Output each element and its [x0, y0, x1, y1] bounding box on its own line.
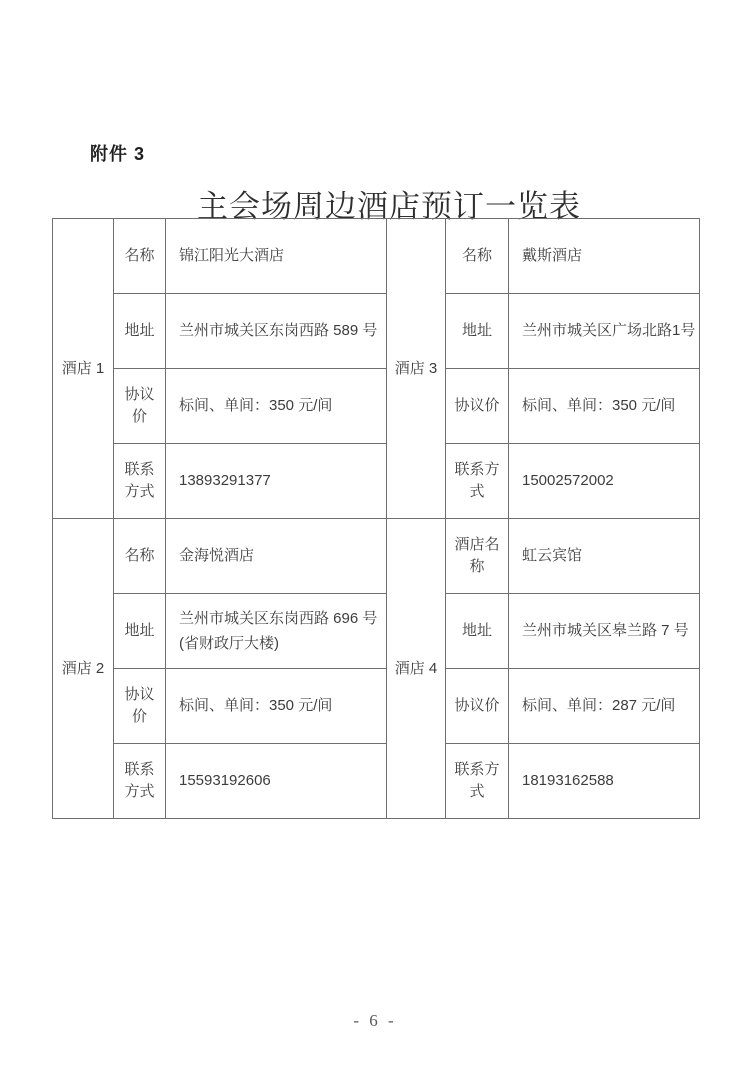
hotel-3-address-value: 兰州市城关区广场北路1号 — [509, 294, 700, 369]
table-row: 酒店 2 名称 金海悦酒店 酒店 4 酒店名称 虹云宾馆 — [53, 519, 700, 594]
hotel-1-id: 酒店 1 — [53, 219, 114, 519]
hotel-3-name-value: 戴斯酒店 — [509, 219, 700, 294]
hotel-2-price-value: 标间、单间：350 元/间 — [166, 669, 387, 744]
hotel-3-contact-value: 15002572002 — [509, 444, 700, 519]
attachment-label: 附件 3 — [90, 140, 145, 166]
hotel-2-contact-label: 联系方式 — [114, 744, 166, 819]
hotels-table: 酒店 1 名称 锦江阳光大酒店 酒店 3 名称 戴斯酒店 地址 兰州市城关区东岗… — [52, 218, 700, 819]
hotel-1-contact-value: 13893291377 — [166, 444, 387, 519]
table-row: 地址 兰州市城关区东岗西路 696 号(省财政厅大楼) 地址 兰州市城关区皋兰路… — [53, 594, 700, 669]
table-row: 协议价 标间、单间：350 元/间 协议价 标间、单间：287 元/间 — [53, 669, 700, 744]
hotel-4-address-label: 地址 — [446, 594, 509, 669]
hotel-4-name-label: 酒店名称 — [446, 519, 509, 594]
table-row: 联系方式 15593192606 联系方式 18193162588 — [53, 744, 700, 819]
hotel-2-address-value: 兰州市城关区东岗西路 696 号(省财政厅大楼) — [166, 594, 387, 669]
hotel-1-contact-label: 联系方式 — [114, 444, 166, 519]
hotel-1-address-value: 兰州市城关区东岗西路 589 号 — [166, 294, 387, 369]
hotel-2-name-value: 金海悦酒店 — [166, 519, 387, 594]
page-number: - 6 - — [0, 1011, 750, 1031]
hotel-1-address-label: 地址 — [114, 294, 166, 369]
hotel-1-name-value: 锦江阳光大酒店 — [166, 219, 387, 294]
hotel-3-name-label: 名称 — [446, 219, 509, 294]
hotel-4-contact-label: 联系方式 — [446, 744, 509, 819]
hotel-3-id: 酒店 3 — [387, 219, 446, 519]
hotel-3-price-label: 协议价 — [446, 369, 509, 444]
hotel-2-price-label: 协议价 — [114, 669, 166, 744]
hotel-3-price-value: 标间、单间：350 元/间 — [509, 369, 700, 444]
hotel-4-price-value: 标间、单间：287 元/间 — [509, 669, 700, 744]
hotel-2-id: 酒店 2 — [53, 519, 114, 819]
hotel-1-name-label: 名称 — [114, 219, 166, 294]
hotel-4-contact-value: 18193162588 — [509, 744, 700, 819]
hotel-4-address-value: 兰州市城关区皋兰路 7 号 — [509, 594, 700, 669]
hotel-4-id: 酒店 4 — [387, 519, 446, 819]
hotel-4-price-label: 协议价 — [446, 669, 509, 744]
table-row: 协议价 标间、单间：350 元/间 协议价 标间、单间：350 元/间 — [53, 369, 700, 444]
hotel-3-contact-label: 联系方式 — [446, 444, 509, 519]
table-row: 酒店 1 名称 锦江阳光大酒店 酒店 3 名称 戴斯酒店 — [53, 219, 700, 294]
hotel-1-price-label: 协议价 — [114, 369, 166, 444]
hotel-1-price-value: 标间、单间：350 元/间 — [166, 369, 387, 444]
hotel-4-name-value: 虹云宾馆 — [509, 519, 700, 594]
hotel-2-address-label: 地址 — [114, 594, 166, 669]
table-row: 地址 兰州市城关区东岗西路 589 号 地址 兰州市城关区广场北路1号 — [53, 294, 700, 369]
table-row: 联系方式 13893291377 联系方式 15002572002 — [53, 444, 700, 519]
hotel-2-contact-value: 15593192606 — [166, 744, 387, 819]
hotel-2-name-label: 名称 — [114, 519, 166, 594]
hotel-3-address-label: 地址 — [446, 294, 509, 369]
